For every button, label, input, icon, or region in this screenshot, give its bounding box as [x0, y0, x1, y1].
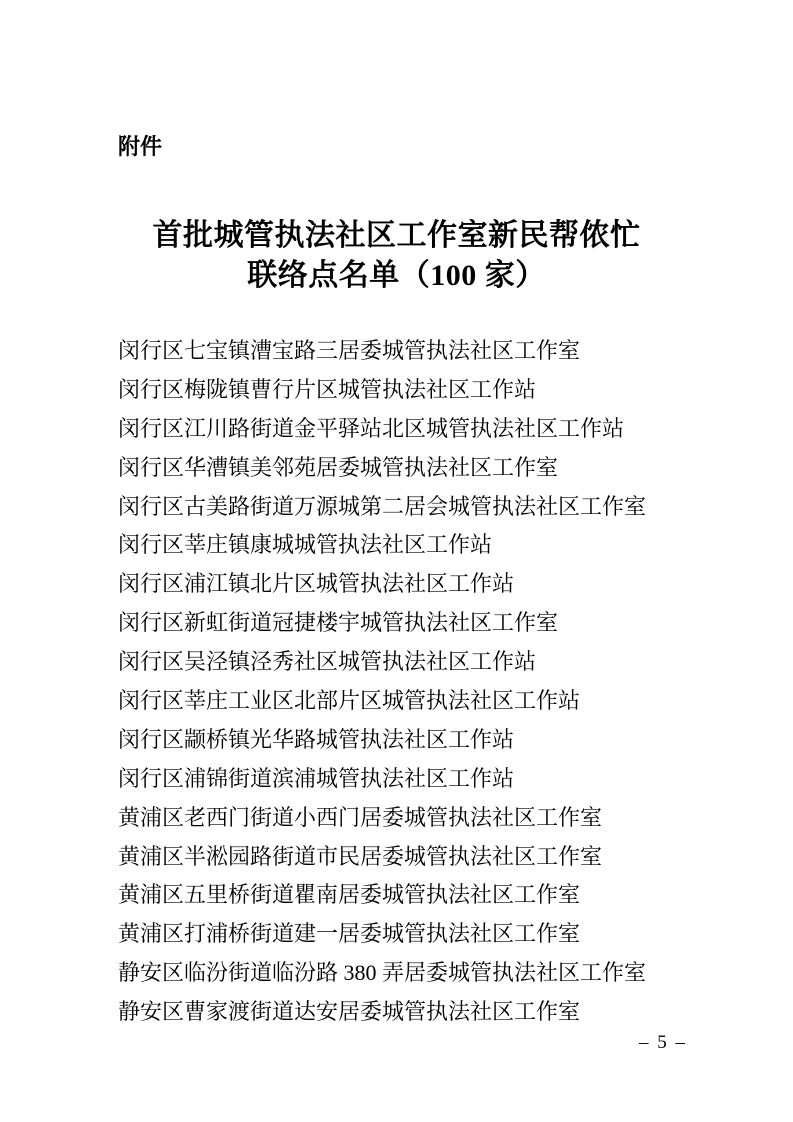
document-title-line2: 联络点名单（100 家） [60, 256, 733, 296]
liaison-point-list: 闵行区七宝镇漕宝路三居委城管执法社区工作室 闵行区梅陇镇曹行片区城管执法社区工作… [118, 332, 703, 1032]
list-item: 闵行区浦锦街道滨浦城管执法社区工作站 [118, 760, 703, 799]
document-page: 附件 首批城管执法社区工作室新民帮侬忙 联络点名单（100 家） 闵行区七宝镇漕… [0, 0, 793, 1122]
list-item: 静安区曹家渡街道达安居委城管执法社区工作室 [118, 993, 703, 1032]
list-item: 黄浦区打浦桥街道建一居委城管执法社区工作室 [118, 915, 703, 954]
attachment-label: 附件 [118, 134, 162, 160]
list-item: 闵行区梅陇镇曹行片区城管执法社区工作站 [118, 371, 703, 410]
list-item: 黄浦区老西门街道小西门居委城管执法社区工作室 [118, 799, 703, 838]
list-item: 闵行区七宝镇漕宝路三居委城管执法社区工作室 [118, 332, 703, 371]
list-item: 闵行区莘庄工业区北部片区城管执法社区工作站 [118, 682, 703, 721]
list-item: 闵行区新虹街道冠捷楼宇城管执法社区工作室 [118, 604, 703, 643]
list-item: 闵行区浦江镇北片区城管执法社区工作站 [118, 565, 703, 604]
list-item: 静安区临汾街道临汾路 380 弄居委城管执法社区工作室 [118, 954, 703, 993]
document-title: 首批城管执法社区工作室新民帮侬忙 联络点名单（100 家） [60, 216, 733, 296]
list-item: 黄浦区半淞园路街道市民居委城管执法社区工作室 [118, 838, 703, 877]
list-item: 黄浦区五里桥街道瞿南居委城管执法社区工作室 [118, 876, 703, 915]
page-number: – 5 – [639, 1032, 687, 1054]
list-item: 闵行区莘庄镇康城城管执法社区工作站 [118, 526, 703, 565]
list-item: 闵行区江川路街道金平驿站北区城管执法社区工作站 [118, 410, 703, 449]
document-title-line1: 首批城管执法社区工作室新民帮侬忙 [60, 216, 733, 256]
list-item: 闵行区华漕镇美邻苑居委城管执法社区工作室 [118, 449, 703, 488]
list-item: 闵行区吴泾镇泾秀社区城管执法社区工作站 [118, 643, 703, 682]
list-item: 闵行区颛桥镇光华路城管执法社区工作站 [118, 721, 703, 760]
list-item: 闵行区古美路街道万源城第二居会城管执法社区工作室 [118, 488, 703, 527]
